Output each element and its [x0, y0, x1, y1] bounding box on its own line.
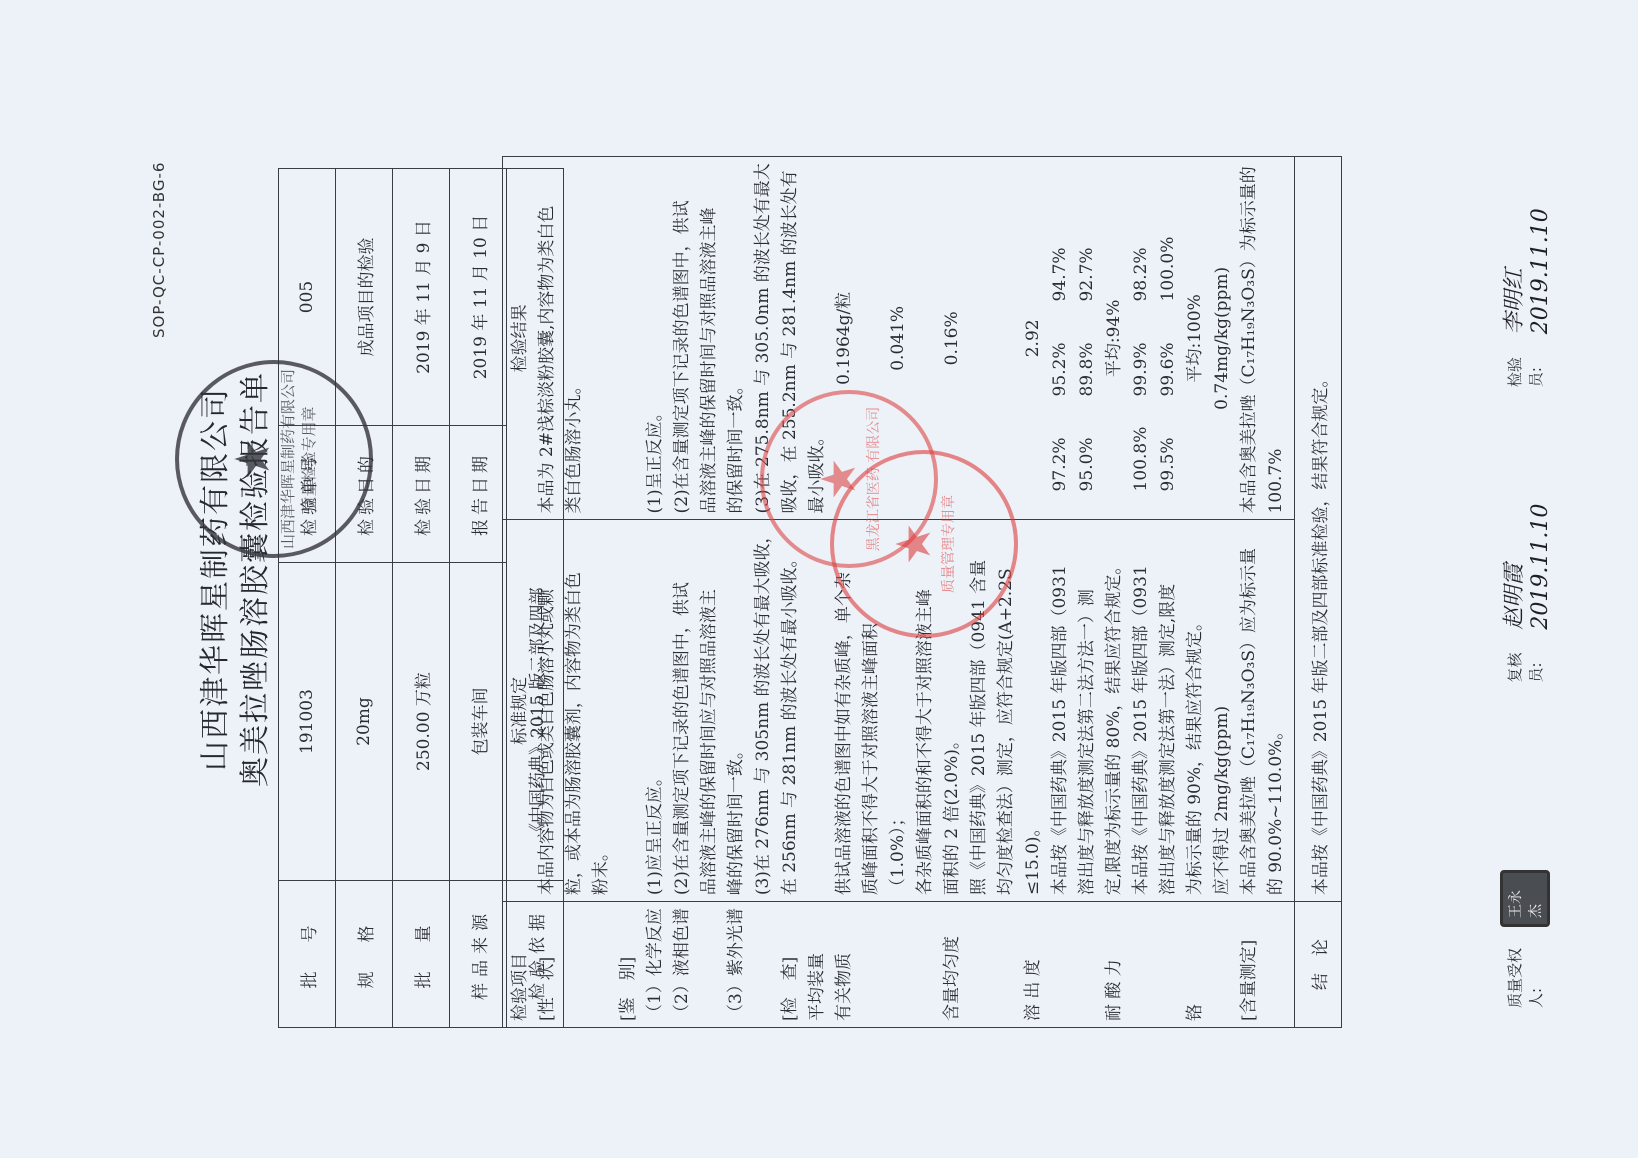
standard-line [804, 526, 831, 895]
test-item: [检 查] [777, 908, 804, 1021]
result-id-hplc-1: (2)在含量测定项下记录的色谱图中，供试 [669, 163, 696, 513]
batch-no-label: 批 号 [279, 881, 336, 1028]
result-assay-1: 本品含奥美拉唑（C₁₇H₁₉N₃O₃S）为标示量的 [1236, 163, 1263, 513]
sop-code: SOP-QC-CP-002-BG-6 [150, 162, 168, 338]
signature-row: 质量受权人: 王永杰 复核员: 赵明霞 2019.11.10 检验员: 李明红 … [1500, 148, 1550, 1008]
header-standard: 标准规定 [507, 526, 534, 895]
standard-line: (2)在含量测定项下记录的色谱图中，供试 [669, 526, 696, 895]
test-item: [鉴 别] [615, 908, 642, 1021]
result-acid-row2: 99.5% 99.6% 100.0% [1155, 163, 1182, 513]
test-item [885, 908, 912, 1021]
test-item [1047, 908, 1074, 1021]
quantity-label: 批 量 [393, 881, 450, 1028]
test-item [1155, 908, 1182, 1021]
result-id-hplc-3: 的保留时间一致。 [723, 163, 750, 513]
result-id-chem: (1)呈正反应。 [642, 163, 669, 513]
reviewer-label: 复核员: [1504, 636, 1546, 683]
conclusion-text: 本品按《中国药典》2015 年版二部及四部标准检验，结果符合规定。 [1295, 157, 1342, 902]
header-item: 检验项目 [507, 908, 534, 1021]
standard-line: 在 256nm 与 281nm 的波长处有最小吸收。 [777, 526, 804, 895]
test-item [1128, 908, 1155, 1021]
test-item [696, 908, 723, 1021]
inspector-signature: 李明红 2019.11.10 [1497, 148, 1553, 334]
test-item: 耐 酸 力 [1101, 908, 1128, 1021]
standard-line: 本品按《中国药典》2015 年版四部（0931 [1047, 526, 1074, 895]
standard-line: 应不得过 2mg/kg(ppm) [1209, 526, 1236, 895]
test-item [912, 908, 939, 1021]
source-label: 样品来源 [450, 881, 507, 1028]
test-item: 溶 出 度 [1020, 908, 1047, 1021]
standard-line: 品溶液主峰的保留时间应与对照品溶液主 [696, 526, 723, 895]
standard-line [615, 526, 642, 895]
items-list: [性 状][鉴 别]（1）化学反应（2）液相色谱（3）紫外光谱[检 查]平均装量… [534, 908, 1290, 1021]
report-page: SOP-QC-CP-002-BG-6 山西津华晖星制药有限公司 奥美拉唑肠溶胶囊… [0, 0, 1638, 1158]
test-item: （2）液相色谱 [669, 908, 696, 1021]
standard-line: 本品按《中国药典》2015 年版四部（0931 [1128, 526, 1155, 895]
standard-line: 溶出度与释放度测定法第二法方法一）测 [1074, 526, 1101, 895]
items-column: 检验项目 [性 状][鉴 别]（1）化学反应（2）液相色谱（3）紫外光谱[检 查… [503, 902, 1295, 1028]
standard-line: 本品含奥美拉唑（C₁₇H₁₉N₃O₃S）应为标示量 [1236, 526, 1263, 895]
standard-line: 的 90.0%~110.0%。 [1263, 526, 1290, 895]
test-item [750, 908, 777, 1021]
company-name: 山西津华晖星制药有限公司 [190, 0, 234, 1158]
report-date-label: 报告日期 [450, 426, 507, 563]
test-item [858, 908, 885, 1021]
test-item: （1）化学反应 [642, 908, 669, 1021]
standard-line: 定,限度为标示量的 80%，结果应符合规定。 [1101, 526, 1128, 895]
test-item [966, 908, 993, 1021]
result-dissolution-average: 平均:94% [1101, 163, 1128, 513]
result-content-uniformity: 2.92 [1020, 163, 1047, 513]
standard-line: 峰的保留时间一致。 [723, 526, 750, 895]
quantity: 250.00 万粒 [393, 563, 450, 881]
spec: 20mg [336, 563, 393, 881]
qa-name-stamp: 王永杰 [1500, 870, 1550, 927]
company-seal: ★山西津华晖星制药有限公司 质量检验专用章 [175, 360, 373, 558]
source: 包装车间 [450, 563, 507, 881]
test-item [588, 908, 615, 1021]
result-chromium: 0.74mg/kg(ppm) [1209, 163, 1236, 513]
standard-line: 粒，或本品为肠溶胶囊剂，内容物为类白色 [561, 526, 588, 895]
report-date: 2019 年 11 月 10 日 [450, 169, 507, 426]
test-date-label: 检验日期 [393, 426, 450, 563]
test-item [993, 908, 1020, 1021]
standard-line: 为标示量的 90%，结果应符合规定。 [1182, 526, 1209, 895]
inspector-label: 检验员: [1504, 340, 1546, 387]
standard-line: 本品内容物为白色或类白色肠溶小丸或颗 [534, 526, 561, 895]
batch-no: 191003 [279, 563, 336, 881]
test-item: 含量均匀度 [939, 908, 966, 1021]
result-appearance-1: 本品为 2#浅棕淡粉胶囊,内容物为类白色 [534, 163, 561, 513]
header-result: 检验结果 [507, 163, 534, 513]
seal-star-icon: ★ [890, 495, 938, 593]
test-item: [含量测定] [1236, 908, 1263, 1021]
test-date: 2019 年 11 月 9 日 [393, 169, 450, 426]
test-item: （3）紫外光谱 [723, 908, 750, 1021]
result-acid-row1: 100.8% 99.9% 98.2% [1128, 163, 1155, 513]
result-dissolution-row2: 95.0% 89.8% 92.7% [1074, 163, 1101, 513]
test-item: 有关物质 [831, 908, 858, 1021]
test-item [1263, 908, 1290, 1021]
standard-line: ≤15.0)。 [1020, 526, 1047, 895]
result-acid-average: 平均:100% [1182, 163, 1209, 513]
red-seal-2: ★质量管理专用章 [830, 450, 1018, 638]
standard-line: (3)在 276nm 与 305nm 的波长处有最大吸收， [750, 526, 777, 895]
test-item [1209, 908, 1236, 1021]
result-appearance-2: 类白色肠溶小丸。 [561, 163, 588, 513]
test-item: 铬 [1182, 908, 1209, 1021]
spec-label: 规 格 [336, 881, 393, 1028]
result-dissolution-row1: 97.2% 95.2% 94.7% [1047, 163, 1074, 513]
standard-line: (1)应呈正反应。 [642, 526, 669, 895]
reviewer-signature: 赵明霞 2019.11.10 [1497, 443, 1553, 629]
test-item: 平均装量 [804, 908, 831, 1021]
test-item: [性 状] [534, 908, 561, 1021]
qa-label: 质量受权人: [1504, 933, 1546, 1008]
standard-line: 溶出度与释放度测定法第一法）测定,限度 [1155, 526, 1182, 895]
test-item [1074, 908, 1101, 1021]
test-item [561, 908, 588, 1021]
standard-line: 粉末。 [588, 526, 615, 895]
report-title: 奥美拉唑肠溶胶囊检验报告单 [230, 0, 274, 1158]
seal-star-icon: ★ [229, 364, 277, 554]
conclusion-label: 结 论 [1295, 902, 1342, 1028]
result-assay-2: 100.7% [1263, 163, 1290, 513]
result-id-hplc-2: 品溶液主峰的保留时间与对照品溶液主峰 [696, 163, 723, 513]
purpose: 成品项目的检验 [336, 169, 393, 426]
